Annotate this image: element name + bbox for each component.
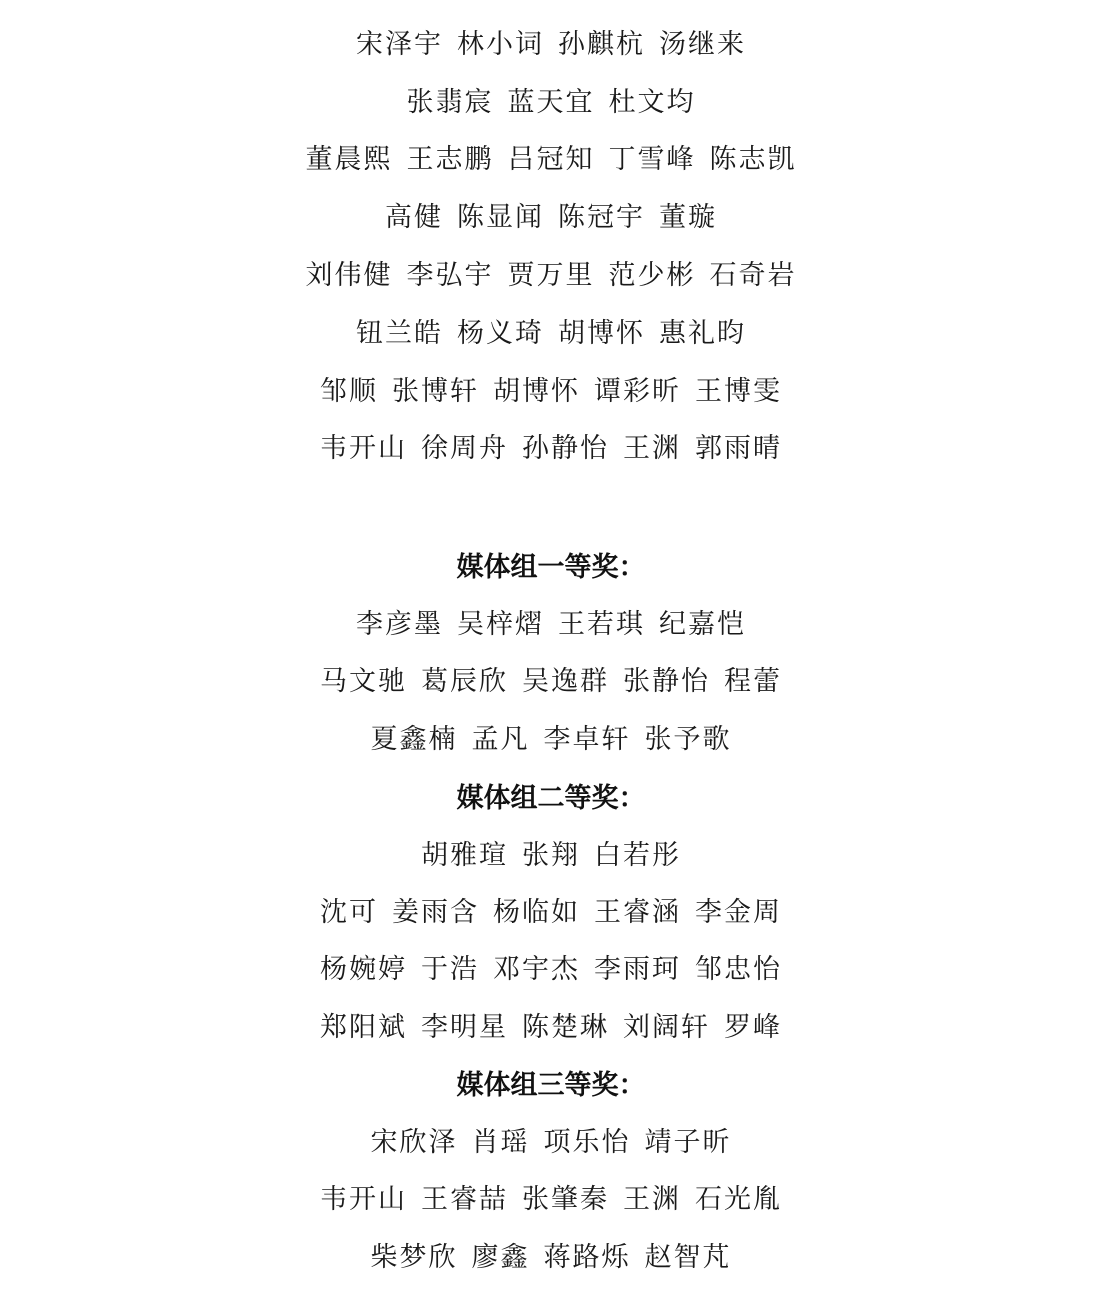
name-row: 高健陈显闻陈冠宇董璇 — [0, 198, 1102, 238]
person-name: 王渊 — [623, 1180, 681, 1220]
person-name: 白若彤 — [594, 836, 681, 876]
name-row: 董晨熙王志鹏吕冠知丁雪峰陈志凯 — [0, 140, 1102, 180]
person-name: 蒋路烁 — [544, 1238, 631, 1278]
person-name: 林小词 — [457, 25, 544, 65]
person-name: 李雨珂 — [594, 950, 681, 990]
person-name: 夏鑫楠 — [371, 720, 458, 760]
person-name: 肖瑶 — [472, 1123, 530, 1163]
person-name: 吴逸群 — [522, 662, 609, 702]
person-name: 董晨熙 — [306, 140, 393, 180]
person-name: 李卓轩 — [544, 720, 631, 760]
section-heading: 媒体组三等奖： — [0, 1066, 1102, 1106]
person-name: 张翔 — [522, 836, 580, 876]
person-name: 刘阔轩 — [623, 1008, 710, 1048]
person-name: 杨义琦 — [457, 314, 544, 354]
person-name: 邹顺 — [320, 372, 378, 412]
person-name: 葛辰欣 — [421, 662, 508, 702]
name-row: 沈可姜雨含杨临如王睿涵李金周 — [0, 893, 1102, 933]
person-name: 罗峰 — [724, 1008, 782, 1048]
person-name: 杨婉婷 — [320, 950, 407, 990]
name-row: 宋欣泽肖瑶项乐怡靖子昕 — [0, 1123, 1102, 1163]
name-row: 邹顺张博轩胡博怀谭彩昕王博雯 — [0, 372, 1102, 412]
person-name: 宋泽宇 — [356, 25, 443, 65]
name-row: 马文驰葛辰欣吴逸群张静怡程蕾 — [0, 662, 1102, 702]
person-name: 孙麒杭 — [558, 25, 645, 65]
section-heading: 媒体组一等奖： — [0, 548, 1102, 588]
person-name: 董璇 — [659, 198, 717, 238]
person-name: 项乐怡 — [544, 1123, 631, 1163]
person-name: 惠礼昀 — [659, 314, 746, 354]
person-name: 程蕾 — [724, 662, 782, 702]
person-name: 徐周舟 — [421, 429, 508, 469]
person-name: 王志鹏 — [407, 140, 494, 180]
person-name: 韦开山 — [320, 1180, 407, 1220]
person-name: 邹忠怡 — [695, 950, 782, 990]
person-name: 王睿喆 — [421, 1180, 508, 1220]
person-name: 韦开山 — [320, 429, 407, 469]
person-name: 陈显闻 — [457, 198, 544, 238]
person-name: 张予歌 — [645, 720, 732, 760]
person-name: 蓝天宜 — [508, 83, 595, 123]
person-name: 胡博怀 — [493, 372, 580, 412]
person-name: 沈可 — [320, 893, 378, 933]
person-name: 王渊 — [623, 429, 681, 469]
person-name: 王博雯 — [695, 372, 782, 412]
person-name: 石光胤 — [695, 1180, 782, 1220]
name-row: 韦开山徐周舟孙静怡王渊郭雨晴 — [0, 429, 1102, 469]
person-name: 刘伟健 — [306, 256, 393, 296]
name-row: 韦开山王睿喆张肇秦王渊石光胤 — [0, 1180, 1102, 1220]
person-name: 胡雅瑄 — [421, 836, 508, 876]
name-row: 杨婉婷于浩邓宇杰李雨珂邹忠怡 — [0, 950, 1102, 990]
person-name: 吴梓熠 — [457, 605, 544, 645]
person-name: 靖子昕 — [645, 1123, 732, 1163]
name-row: 刘伟健李弘宇贾万里范少彬石奇岩 — [0, 256, 1102, 296]
person-name: 纪嘉恺 — [659, 605, 746, 645]
person-name: 李明星 — [421, 1008, 508, 1048]
name-row: 郑阳斌李明星陈楚琳刘阔轩罗峰 — [0, 1008, 1102, 1048]
person-name: 石奇岩 — [710, 256, 797, 296]
name-row: 张翡宸蓝天宜杜文均 — [0, 83, 1102, 123]
person-name: 宋欣泽 — [371, 1123, 458, 1163]
name-row: 宋泽宇林小词孙麒杭汤继来 — [0, 25, 1102, 65]
name-row: 柴梦欣廖鑫蒋路烁赵智芃 — [0, 1238, 1102, 1278]
person-name: 丁雪峰 — [609, 140, 696, 180]
person-name: 陈冠宇 — [558, 198, 645, 238]
person-name: 廖鑫 — [472, 1238, 530, 1278]
name-row: 钮兰皓杨义琦胡博怀惠礼昀 — [0, 314, 1102, 354]
person-name: 李金周 — [695, 893, 782, 933]
person-name: 于浩 — [421, 950, 479, 990]
person-name: 赵智芃 — [645, 1238, 732, 1278]
person-name: 汤继来 — [659, 25, 746, 65]
person-name: 郭雨晴 — [695, 429, 782, 469]
person-name: 邓宇杰 — [493, 950, 580, 990]
name-row: 胡雅瑄张翔白若彤 — [0, 836, 1102, 876]
person-name: 陈志凯 — [710, 140, 797, 180]
person-name: 胡博怀 — [558, 314, 645, 354]
person-name: 李彦墨 — [356, 605, 443, 645]
name-row: 夏鑫楠孟凡李卓轩张予歌 — [0, 720, 1102, 760]
person-name: 范少彬 — [609, 256, 696, 296]
person-name: 钮兰皓 — [356, 314, 443, 354]
person-name: 柴梦欣 — [371, 1238, 458, 1278]
person-name: 张翡宸 — [407, 83, 494, 123]
person-name: 谭彩昕 — [594, 372, 681, 412]
person-name: 陈楚琳 — [522, 1008, 609, 1048]
name-row: 李彦墨吴梓熠王若琪纪嘉恺 — [0, 605, 1102, 645]
person-name: 吕冠知 — [508, 140, 595, 180]
person-name: 张静怡 — [623, 662, 710, 702]
person-name: 贾万里 — [508, 256, 595, 296]
person-name: 郑阳斌 — [320, 1008, 407, 1048]
person-name: 马文驰 — [320, 662, 407, 702]
section-heading: 媒体组二等奖： — [0, 779, 1102, 819]
person-name: 张肇秦 — [522, 1180, 609, 1220]
person-name: 杜文均 — [609, 83, 696, 123]
person-name: 张博轩 — [392, 372, 479, 412]
person-name: 杨临如 — [493, 893, 580, 933]
person-name: 孟凡 — [472, 720, 530, 760]
person-name: 李弘宇 — [407, 256, 494, 296]
person-name: 姜雨含 — [392, 893, 479, 933]
person-name: 王若琪 — [558, 605, 645, 645]
person-name: 孙静怡 — [522, 429, 609, 469]
person-name: 高健 — [385, 198, 443, 238]
person-name: 王睿涵 — [594, 893, 681, 933]
